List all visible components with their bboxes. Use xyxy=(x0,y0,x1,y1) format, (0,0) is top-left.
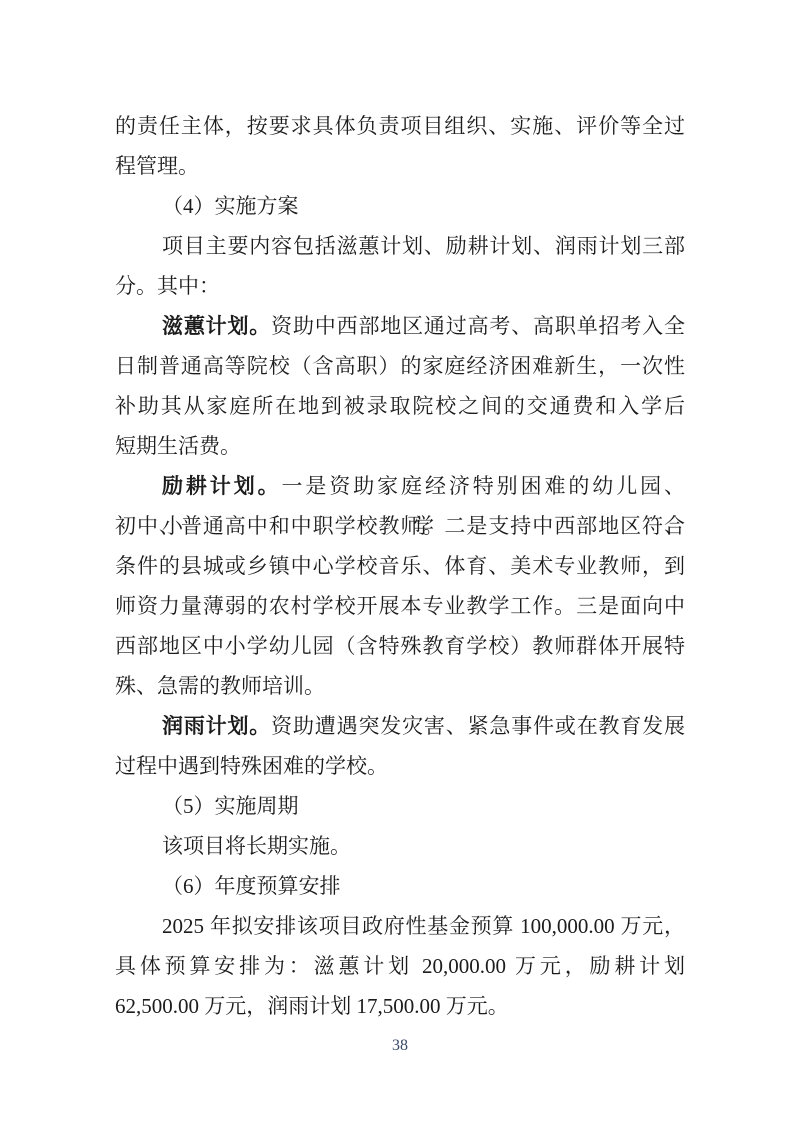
text-line: 的责任主体，按要求具体负责项目组织、实施、评价等全过 xyxy=(115,106,685,146)
text-segment: 资助遭遇突发灾害、紧急事件或在教育发展 xyxy=(271,714,685,738)
text-line: 补助其从家庭所在地到被录取院校之间的交通费和入学后 xyxy=(115,386,685,426)
text-segment: 短期生活费。 xyxy=(115,434,241,458)
text-line: 过程中遇到特殊困难的学校。 xyxy=(115,746,685,786)
text-line: 该项目将长期实施。 xyxy=(115,826,685,866)
text-line: 西部地区中小学幼儿园（含特殊教育学校）教师群体开展特 xyxy=(115,626,685,666)
text-segment: 程管理。 xyxy=(115,154,199,178)
text-line: 短期生活费。 xyxy=(115,426,685,466)
text-segment: 具体预算安排为：滋蕙计划 20,000.00 万元，励耕计划 xyxy=(115,954,685,978)
text-segment: （6）年度预算安排 xyxy=(162,874,341,898)
text-segment: 该项目将长期实施。 xyxy=(162,834,351,858)
text-line: 条件的县城或乡镇中心学校音乐、体育、美术专业教师，到 xyxy=(115,546,685,586)
text-segment: 日制普通高等院校（含高职）的家庭经济困难新生，一次性 xyxy=(115,354,685,378)
text-line: 项目主要内容包括滋蕙计划、励耕计划、润雨计划三部 xyxy=(115,226,685,266)
text-segment: （5）实施周期 xyxy=(162,794,299,818)
text-line: 励耕计划。一是资助家庭经济特别困难的幼儿园、小学、 xyxy=(115,466,685,506)
plan-name-emphasis: 励耕计划。 xyxy=(162,474,282,498)
page-footer: 38 xyxy=(0,1036,800,1056)
text-line: 分。其中： xyxy=(115,266,685,306)
text-segment: 的责任主体，按要求具体负责项目组织、实施、评价等全过 xyxy=(115,114,685,138)
text-segment: 2025 年拟安排该项目政府性基金预算 100,000.00 万元， xyxy=(162,914,685,938)
text-segment: 条件的县城或乡镇中心学校音乐、体育、美术专业教师，到 xyxy=(115,554,685,578)
text-line: 62,500.00 万元，润雨计划 17,500.00 万元。 xyxy=(115,986,685,1026)
text-line: 初中、普通高中和中职学校教师。二是支持中西部地区符合 xyxy=(115,506,685,546)
text-segment: （4）实施方案 xyxy=(162,194,299,218)
text-line: 2025 年拟安排该项目政府性基金预算 100,000.00 万元， xyxy=(115,906,685,946)
text-segment: 62,500.00 万元，润雨计划 17,500.00 万元。 xyxy=(115,994,509,1018)
text-line: 具体预算安排为：滋蕙计划 20,000.00 万元，励耕计划 xyxy=(115,946,685,986)
text-line: 师资力量薄弱的农村学校开展本专业教学工作。三是面向中 xyxy=(115,586,685,626)
text-segment: 资助中西部地区通过高考、高职单招考入全 xyxy=(271,314,685,338)
text-segment: 项目主要内容包括滋蕙计划、励耕计划、润雨计划三部 xyxy=(162,234,685,258)
text-line: （4）实施方案 xyxy=(115,186,685,226)
text-line: 殊、急需的教师培训。 xyxy=(115,666,685,706)
text-segment: 初中、普通高中和中职学校教师。二是支持中西部地区符合 xyxy=(115,514,685,538)
text-segment: 西部地区中小学幼儿园（含特殊教育学校）教师群体开展特 xyxy=(115,634,685,658)
text-line: 程管理。 xyxy=(115,146,685,186)
text-segment: 师资力量薄弱的农村学校开展本专业教学工作。三是面向中 xyxy=(115,594,685,618)
document-body: 的责任主体，按要求具体负责项目组织、实施、评价等全过程管理。（4）实施方案项目主… xyxy=(115,106,685,1026)
document-page: 的责任主体，按要求具体负责项目组织、实施、评价等全过程管理。（4）实施方案项目主… xyxy=(0,0,800,1131)
text-segment: 补助其从家庭所在地到被录取院校之间的交通费和入学后 xyxy=(115,394,685,418)
text-segment: 殊、急需的教师培训。 xyxy=(115,674,325,698)
text-segment: 分。其中： xyxy=(115,274,220,298)
text-line: 润雨计划。资助遭遇突发灾害、紧急事件或在教育发展 xyxy=(115,706,685,746)
plan-name-emphasis: 润雨计划。 xyxy=(162,714,271,738)
text-line: （6）年度预算安排 xyxy=(115,866,685,906)
text-line: （5）实施周期 xyxy=(115,786,685,826)
text-segment: 过程中遇到特殊困难的学校。 xyxy=(115,754,388,778)
plan-name-emphasis: 滋蕙计划。 xyxy=(162,314,271,338)
text-line: 滋蕙计划。资助中西部地区通过高考、高职单招考入全 xyxy=(115,306,685,346)
page-number: 38 xyxy=(392,1037,408,1054)
text-line: 日制普通高等院校（含高职）的家庭经济困难新生，一次性 xyxy=(115,346,685,386)
